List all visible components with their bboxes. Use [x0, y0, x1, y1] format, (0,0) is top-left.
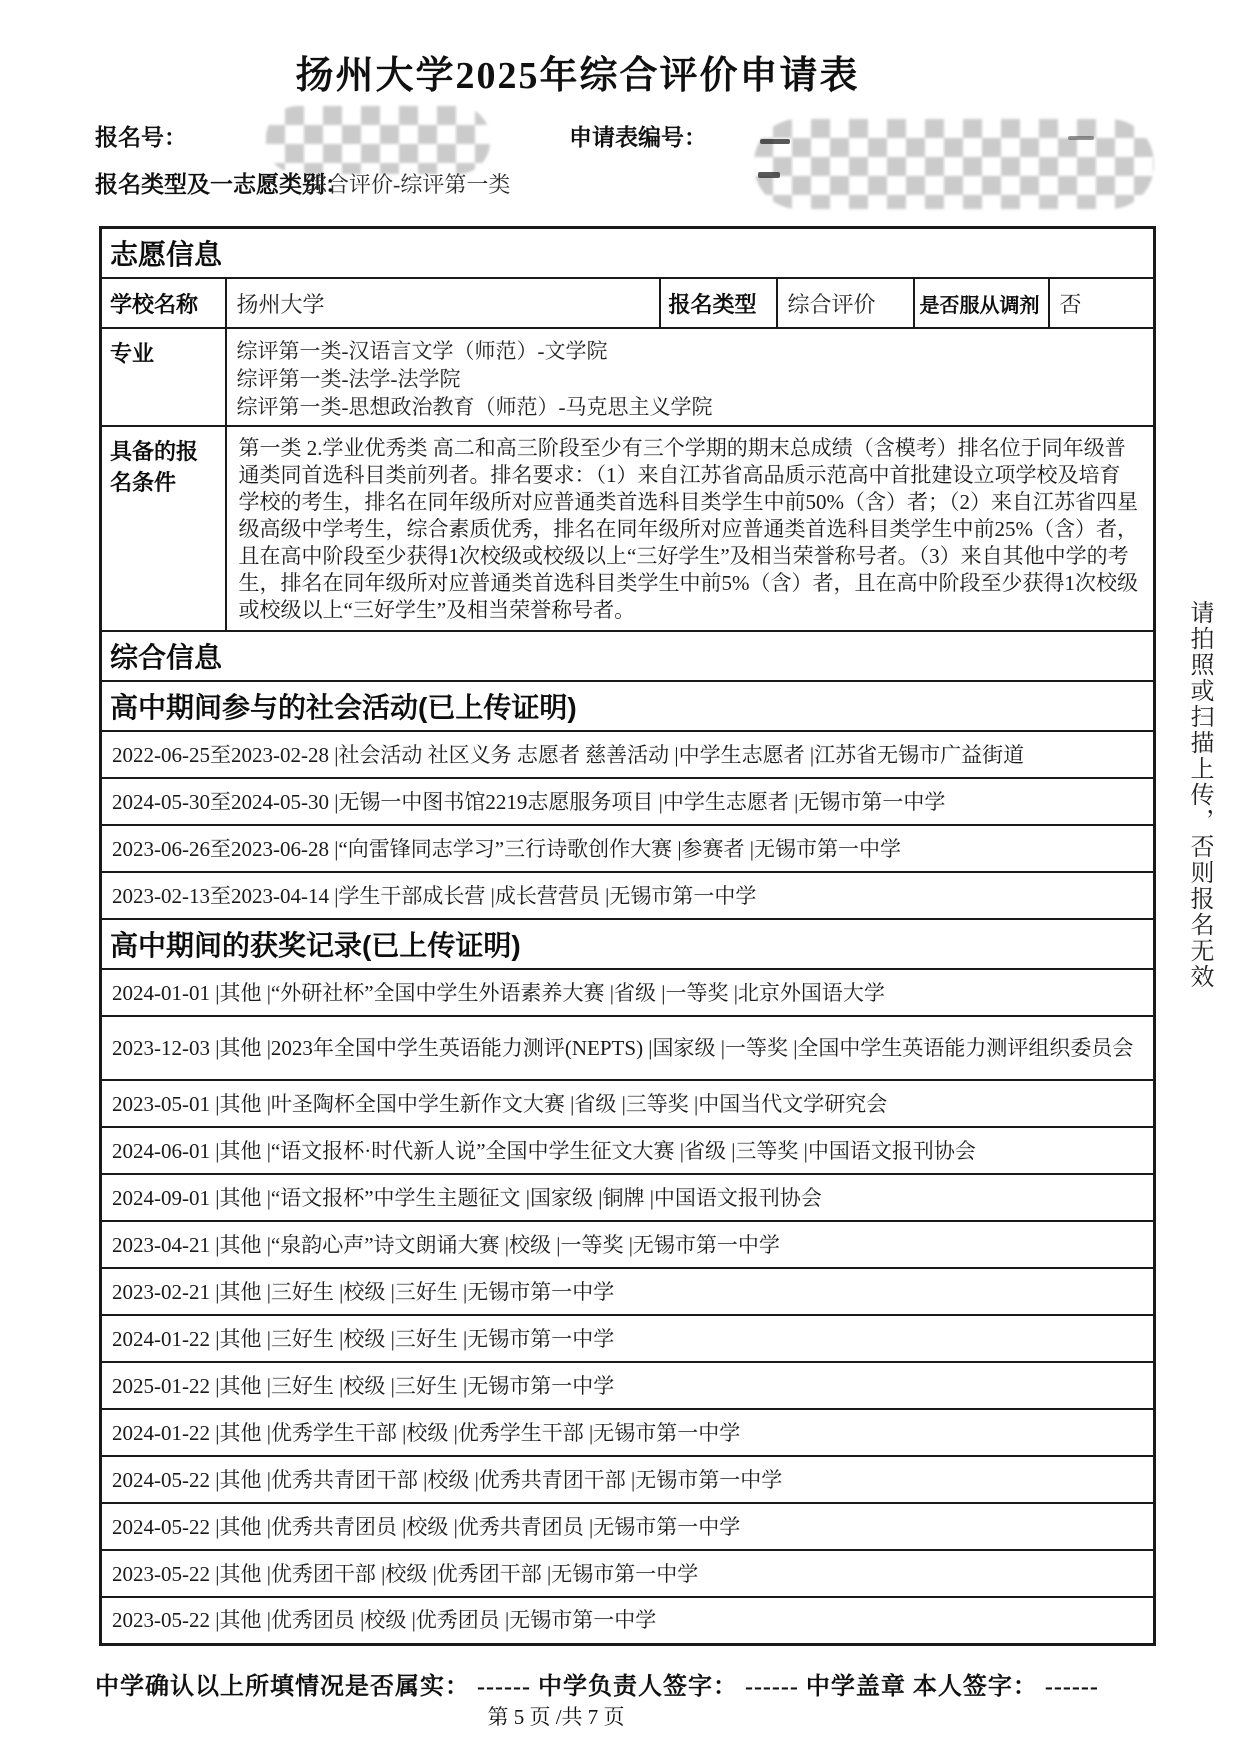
activity-entry: 2024-05-30至2024-05-30 |无锡一中图书馆2219志愿服务项目… [101, 778, 1155, 825]
major-label: 专业 [101, 328, 226, 426]
award-row: 2025-01-22 |其他 |三好生 |校级 |三好生 |无锡市第一中学 [101, 1362, 1155, 1409]
award-row: 2023-05-22 |其他 |优秀团干部 |校级 |优秀团干部 |无锡市第一中… [101, 1550, 1155, 1597]
award-entry: 2024-06-01 |其他 |“语文报杯·时代新人说”全国中学生征文大赛 |省… [101, 1127, 1155, 1174]
award-entry: 2024-05-22 |其他 |优秀共青团员 |校级 |优秀共青团员 |无锡市第… [101, 1503, 1155, 1550]
adjustment-label: 是否服从调剂 [914, 278, 1049, 328]
award-row: 2024-01-01 |其他 |“外研社杯”全国中学生外语素养大赛 |省级 |一… [101, 969, 1155, 1016]
award-entry: 2023-12-03 |其他 |2023年全国中学生英语能力测评(NEPTS) … [101, 1016, 1155, 1080]
activities-section-row: 高中期间参与的社会活动(已上传证明) [101, 681, 1155, 731]
award-row: 2023-04-21 |其他 |“泉韵心声”诗文朗诵大赛 |校级 |一等奖 |无… [101, 1221, 1155, 1268]
reg-type-label: 报名类型 [660, 278, 777, 328]
condition-label: 具备的报名条件 [101, 426, 226, 631]
activity-row: 2023-06-26至2023-06-28 |“向雷锋同志学习”三行诗歌创作大赛… [101, 825, 1155, 872]
award-row: 2024-06-01 |其他 |“语文报杯·时代新人说”全国中学生征文大赛 |省… [101, 1127, 1155, 1174]
major-choice-3: 综评第一类-思想政治教育（师范）-马克思主义学院 [237, 393, 1144, 421]
award-entry: 2024-05-22 |其他 |优秀共青团干部 |校级 |优秀共青团干部 |无锡… [101, 1456, 1155, 1503]
award-row: 2023-12-03 |其他 |2023年全国中学生英语能力测评(NEPTS) … [101, 1016, 1155, 1080]
school-confirmation-line: 中学确认以上所填情况是否属实： ------ 中学负责人签字： ------ 中… [95, 1666, 1240, 1701]
major-choice-1: 综评第一类-汉语言文学（师范）-文学院 [237, 337, 1144, 365]
award-entry: 2024-01-22 |其他 |三好生 |校级 |三好生 |无锡市第一中学 [101, 1315, 1155, 1362]
activity-row: 2022-06-25至2023-02-28 |社会活动 社区义务 志愿者 慈善活… [101, 731, 1155, 778]
comprehensive-section-title: 综合信息 [101, 631, 1155, 681]
upload-side-note: 请拍照或扫描上传，否则报名无效 [1182, 600, 1217, 1000]
adjustment-value: 否 [1049, 278, 1155, 328]
award-row: 2024-09-01 |其他 |“语文报杯”中学生主题征文 |国家级 |铜牌 |… [101, 1174, 1155, 1221]
award-row: 2024-05-22 |其他 |优秀共青团干部 |校级 |优秀共青团干部 |无锡… [101, 1456, 1155, 1503]
application-form-page: 扬州大学2025年综合评价申请表 报名号： 申请表编号： 报名类型及一志愿类别：… [0, 0, 1240, 1755]
reg-type-value: 综合评价 [777, 278, 914, 328]
app-no-label: 申请表编号： [569, 119, 707, 152]
page-title: 扬州大学2025年综合评价申请表 [0, 44, 1155, 99]
school-name-value: 扬州大学 [226, 278, 660, 328]
award-row: 2024-05-22 |其他 |优秀共青团员 |校级 |优秀共青团员 |无锡市第… [101, 1503, 1155, 1550]
award-entry: 2025-01-22 |其他 |三好生 |校级 |三好生 |无锡市第一中学 [101, 1362, 1155, 1409]
condition-row: 具备的报名条件 第一类 2.学业优秀类 高二和高三阶段至少有三个学期的期末总成绩… [101, 426, 1155, 631]
volunteer-section-row: 志愿信息 [101, 228, 1155, 279]
major-choice-2: 综评第一类-法学-法学院 [237, 365, 1144, 393]
award-entry: 2024-09-01 |其他 |“语文报杯”中学生主题征文 |国家级 |铜牌 |… [101, 1174, 1155, 1221]
award-entry: 2024-01-22 |其他 |优秀学生干部 |校级 |优秀学生干部 |无锡市第… [101, 1409, 1155, 1456]
school-row: 学校名称 扬州大学 报名类型 综合评价 是否服从调剂 否 [101, 278, 1155, 328]
award-entry: 2023-02-21 |其他 |三好生 |校级 |三好生 |无锡市第一中学 [101, 1268, 1155, 1315]
activity-row: 2024-05-30至2024-05-30 |无锡一中图书馆2219志愿服务项目… [101, 778, 1155, 825]
award-entry: 2023-05-22 |其他 |优秀团员 |校级 |优秀团员 |无锡市第一中学 [101, 1597, 1155, 1644]
award-row: 2024-01-22 |其他 |优秀学生干部 |校级 |优秀学生干部 |无锡市第… [101, 1409, 1155, 1456]
redaction-fragment [1068, 136, 1094, 140]
reg-no-label: 报名号： [95, 119, 187, 152]
activity-row: 2023-02-13至2023-04-14 |学生干部成长营 |成长营营员 |无… [101, 872, 1155, 919]
awards-section-title: 高中期间的获奖记录(已上传证明) [101, 919, 1155, 969]
major-values: 综评第一类-汉语言文学（师范）-文学院 综评第一类-法学-法学院 综评第一类-思… [226, 328, 1155, 426]
application-table: 志愿信息 学校名称 扬州大学 报名类型 综合评价 是否服从调剂 否 专业 综评第… [99, 226, 1156, 1646]
activity-entry: 2022-06-25至2023-02-28 |社会活动 社区义务 志愿者 慈善活… [101, 731, 1155, 778]
school-name-label: 学校名称 [101, 278, 226, 328]
award-row: 2024-01-22 |其他 |三好生 |校级 |三好生 |无锡市第一中学 [101, 1315, 1155, 1362]
award-row: 2023-05-22 |其他 |优秀团员 |校级 |优秀团员 |无锡市第一中学 [101, 1597, 1155, 1644]
redaction-app-no [754, 119, 1154, 209]
redaction-fragment [758, 172, 780, 178]
major-row: 专业 综评第一类-汉语言文学（师范）-文学院 综评第一类-法学-法学院 综评第一… [101, 328, 1155, 426]
activity-entry: 2023-02-13至2023-04-14 |学生干部成长营 |成长营营员 |无… [101, 872, 1155, 919]
award-entry: 2023-05-22 |其他 |优秀团干部 |校级 |优秀团干部 |无锡市第一中… [101, 1550, 1155, 1597]
awards-section-row: 高中期间的获奖记录(已上传证明) [101, 919, 1155, 969]
award-row: 2023-05-01 |其他 |叶圣陶杯全国中学生新作文大赛 |省级 |三等奖 … [101, 1080, 1155, 1127]
condition-text: 第一类 2.学业优秀类 高二和高三阶段至少有三个学期的期末总成绩（含模考）排名位… [226, 426, 1155, 631]
reg-type-category-value: 综合评价-综评第一类 [305, 168, 510, 199]
page-number: 第 5 页 /共 7 页 [0, 1701, 1112, 1731]
redaction-fragment [760, 139, 790, 144]
activities-section-title: 高中期间参与的社会活动(已上传证明) [101, 681, 1155, 731]
volunteer-section-title: 志愿信息 [101, 228, 1155, 279]
award-entry: 2023-04-21 |其他 |“泉韵心声”诗文朗诵大赛 |校级 |一等奖 |无… [101, 1221, 1155, 1268]
redaction-reg-no [266, 106, 490, 174]
award-entry: 2024-01-01 |其他 |“外研社杯”全国中学生外语素养大赛 |省级 |一… [101, 969, 1155, 1016]
activity-entry: 2023-06-26至2023-06-28 |“向雷锋同志学习”三行诗歌创作大赛… [101, 825, 1155, 872]
comprehensive-section-row: 综合信息 [101, 631, 1155, 681]
award-entry: 2023-05-01 |其他 |叶圣陶杯全国中学生新作文大赛 |省级 |三等奖 … [101, 1080, 1155, 1127]
award-row: 2023-02-21 |其他 |三好生 |校级 |三好生 |无锡市第一中学 [101, 1268, 1155, 1315]
